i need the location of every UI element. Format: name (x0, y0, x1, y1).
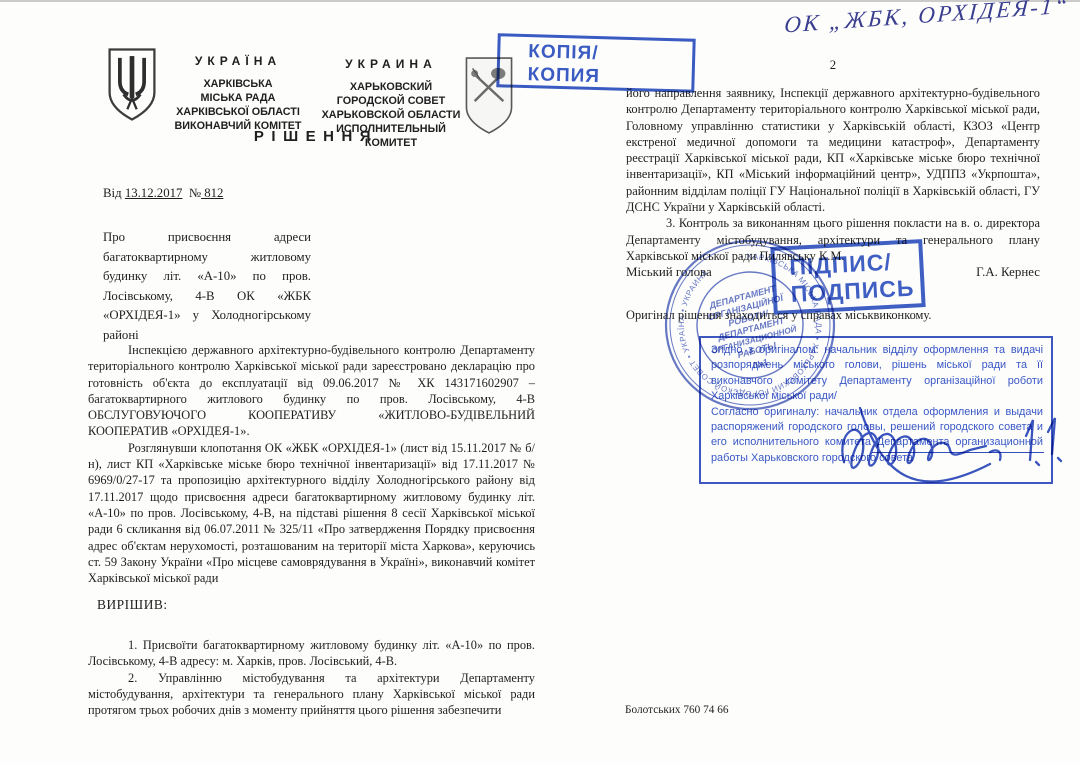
mayor-name: Г.А. Кернес (976, 265, 1040, 280)
decision-number: 812 (201, 186, 223, 200)
decision-date: 13.12.2017 (125, 186, 183, 200)
scan-edge (0, 0, 1080, 2)
number-sign: № (189, 186, 201, 200)
decision-subject: Про присвоєння адреси багатоквартирному … (103, 228, 311, 345)
document-scan: УКРАЇНА ХАРКІВСЬКА МІСЬКА РАДА ХАРКІВСЬК… (0, 0, 1080, 763)
ukraine-trident-icon (104, 46, 160, 124)
date-and-number-line: Від 13.12.2017 № 812 (103, 186, 223, 201)
org-line: ГОРОДСКОЙ СОВЕТ (314, 94, 468, 108)
paragraph: Інспекцією державного архітектурно-будів… (88, 342, 535, 440)
document-type-title: РІШЕННЯ (166, 128, 466, 145)
decision-item-1: 1. Присвоїти багатоквартирному житловому… (88, 637, 535, 670)
continuation-paragraph: його направлення заявнику, Інспекції дер… (626, 85, 1040, 215)
copy-stamp-line: КОПИЯ (527, 63, 692, 91)
org-line: ХАРЬКОВСКОЙ ОБЛАСТИ (314, 108, 468, 122)
org-line: ХАРКІВСЬКА (168, 77, 308, 91)
decision-preamble: Інспекцією державного архітектурно-будів… (88, 342, 535, 586)
country-name-ua: УКРАЇНА (168, 54, 308, 68)
header-ukrainian: УКРАЇНА ХАРКІВСЬКА МІСЬКА РАДА ХАРКІВСЬК… (168, 54, 308, 133)
org-line: ХАРЬКОВСКИЙ (314, 80, 468, 94)
decision-item-2: 2. Управлінню містобудування та архітект… (88, 670, 535, 719)
page2-body: його направлення заявнику, Інспекції дер… (626, 85, 1040, 264)
copy-stamp: КОПІЯ/ КОПИЯ (496, 33, 695, 93)
paragraph: Розглянувши клопотання ОК «ЖБК «ОРХІДЕЯ-… (88, 440, 535, 587)
executor-contact: Болотських 760 74 66 (625, 704, 729, 716)
date-prefix: Від (103, 186, 122, 200)
org-line: ХАРКІВСЬКОЇ ОБЛАСТІ (168, 105, 308, 119)
handwritten-note: ОК „ЖБК, ОРХІДЕЯ-1“ (783, 0, 1080, 39)
signature-stamp-line: ПОДПИСЬ (790, 274, 921, 308)
decision-items: 1. Присвоїти багатоквартирному житловому… (88, 637, 535, 718)
resolved-label: ВИРІШИВ: (97, 597, 168, 613)
country-name-ru: УКРАИНА (314, 57, 468, 71)
org-line: МІСЬКА РАДА (168, 91, 308, 105)
handwritten-signature (830, 390, 1080, 520)
signature-placeholder-stamp: ПІДПИС/ ПОДПИСЬ (770, 239, 925, 315)
